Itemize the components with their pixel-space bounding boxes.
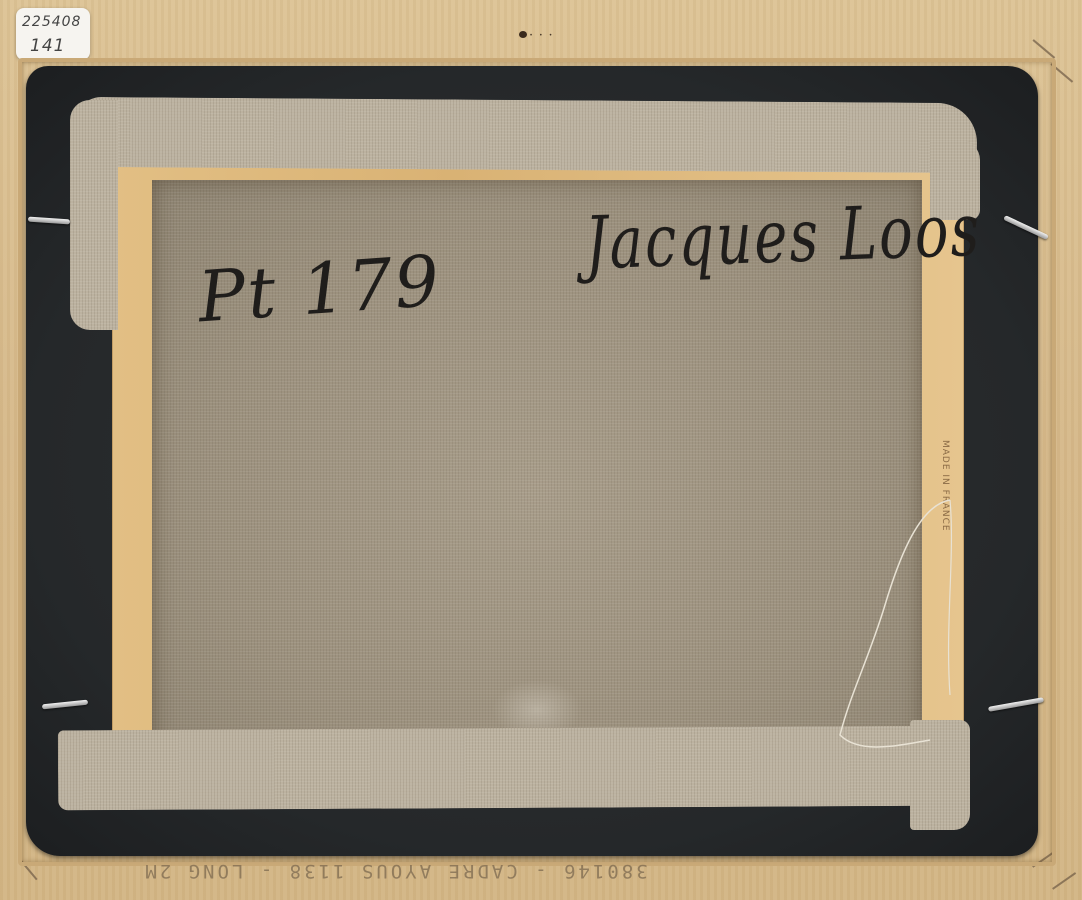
corner-mark xyxy=(1033,39,1055,58)
artist-signature: Jacques Loos xyxy=(584,188,983,286)
label-lot: 141 xyxy=(30,36,65,56)
label-number: 225408 xyxy=(22,14,81,30)
inventory-label-sticker: 225408 141 xyxy=(16,8,90,60)
nail-hole xyxy=(519,31,527,38)
framed-canvas-back-photo: • • • 225408 141 Pt 179 Jacques Loos MAD… xyxy=(0,0,1082,900)
inventory-note-handwriting: Pt 179 xyxy=(195,240,443,339)
nail-dots: • • • xyxy=(530,33,555,39)
linen-fold-top xyxy=(72,97,977,173)
linen-fold-left xyxy=(70,100,118,330)
frame-manufacturer-stamp: 380146 - CADRE AYOUS 1138 - LONG 2M xyxy=(45,860,745,882)
corner-mark xyxy=(1052,872,1076,889)
loose-thread xyxy=(830,495,960,765)
